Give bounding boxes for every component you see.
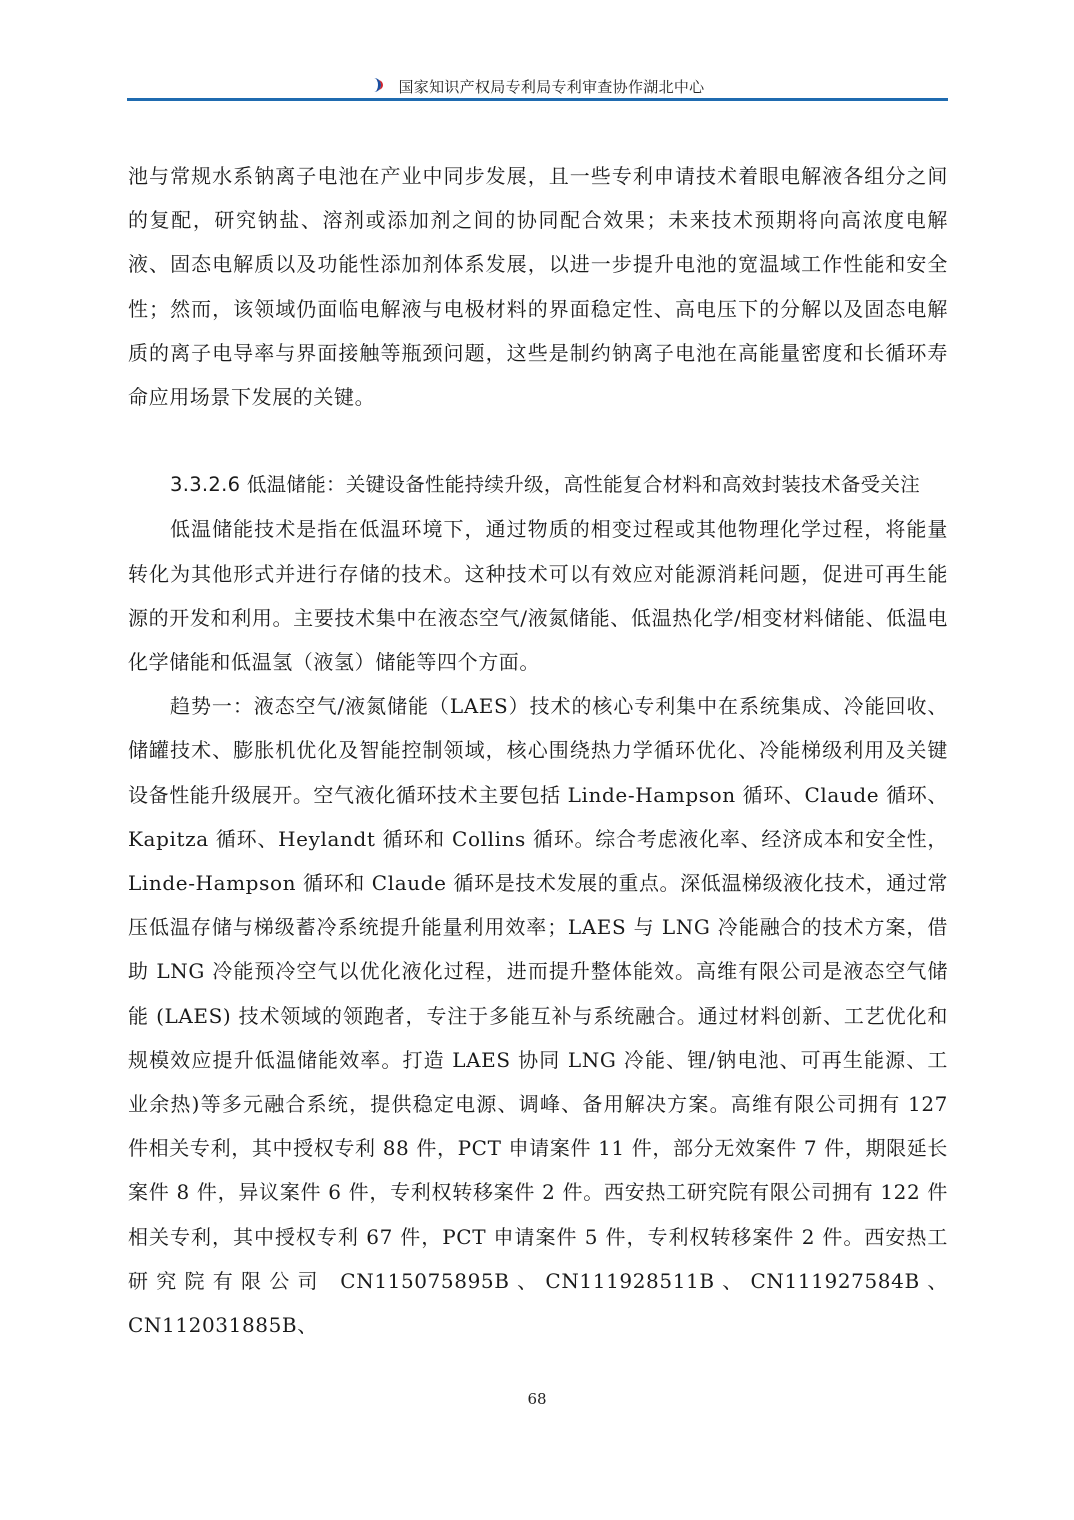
header-title-row: 国家知识产权局专利局专利审查协作湖北中心: [127, 76, 948, 97]
cnipa-logo-icon: [370, 77, 384, 95]
paragraph-intro: 低温储能技术是指在低温环境下，通过物质的相变过程或其他物理化学过程，将能量转化为…: [128, 507, 948, 684]
paragraph-trend-1: 趋势一：液态空气/液氮储能（LAES）技术的核心专利集中在系统集成、冷能回收、储…: [128, 684, 948, 1347]
page-header: 国家知识产权局专利局专利审查协作湖北中心: [127, 74, 948, 104]
paragraph-continued: 池与常规水系钠离子电池在产业中同步发展，且一些专利申请技术着眼电解液各组分之间的…: [128, 154, 948, 419]
page-content: 池与常规水系钠离子电池在产业中同步发展，且一些专利申请技术着眼电解液各组分之间的…: [128, 154, 948, 1347]
header-title: 国家知识产权局专利局专利审查协作湖北中心: [398, 78, 704, 96]
page-number: 68: [0, 1390, 1074, 1408]
section-spacer: [128, 419, 948, 463]
header-rule: [127, 98, 948, 101]
section-heading: 3.3.2.6 低温储能：关键设备性能持续升级，高性能复合材料和高效封装技术备受…: [128, 463, 948, 507]
